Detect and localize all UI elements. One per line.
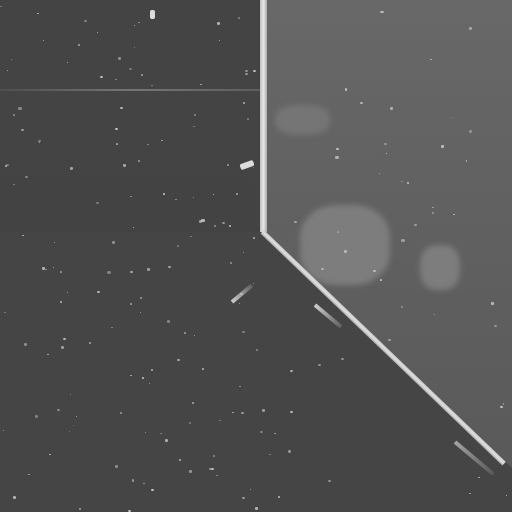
whitecap-speck <box>262 409 265 411</box>
whitecap-speck <box>53 267 54 268</box>
whitecap-speck <box>469 27 472 29</box>
whitecap-speck <box>341 358 344 360</box>
shoal-area <box>420 245 460 290</box>
whitecap-speck <box>239 386 241 387</box>
whitecap-speck <box>13 496 16 498</box>
whitecap-speck <box>491 302 494 304</box>
whitecap-speck <box>345 88 348 90</box>
shoal-area <box>275 105 330 135</box>
whitecap-speck <box>194 114 196 116</box>
whitecap-speck <box>469 130 472 132</box>
whitecap-speck <box>84 20 87 22</box>
whitecap-speck <box>96 202 99 204</box>
whitecap-speck <box>229 225 231 226</box>
whitecap-speck <box>386 153 388 154</box>
whitecap-speck <box>407 182 409 184</box>
whitecap-speck <box>189 422 191 424</box>
whitecap-speck <box>243 252 244 253</box>
whitecap-speck <box>384 143 386 145</box>
whitecap-speck <box>189 470 192 473</box>
whitecap-speck <box>336 148 339 150</box>
whitecap-speck <box>242 331 244 333</box>
whitecap-speck <box>238 17 241 19</box>
whitecap-speck <box>70 394 71 395</box>
whitecap-speck <box>253 70 256 72</box>
whitecap-speck <box>179 459 181 461</box>
whitecap-speck <box>414 224 417 226</box>
whitecap-speck <box>79 508 81 510</box>
whitecap-speck <box>107 271 110 274</box>
whitecap-speck <box>147 268 150 270</box>
whitecap-speck <box>245 73 247 75</box>
boat <box>150 10 155 19</box>
whitecap-speck <box>222 222 224 224</box>
whitecap-speck <box>260 431 263 433</box>
whitecap-speck <box>214 225 216 227</box>
whitecap-speck <box>335 156 338 159</box>
whitecap-speck <box>294 221 297 224</box>
whitecap-speck <box>379 173 380 174</box>
whitecap-speck <box>61 346 64 348</box>
whitecap-speck <box>141 74 143 76</box>
seawall-vertical-segment <box>260 0 267 232</box>
whitecap-speck <box>390 107 393 110</box>
whitecap-speck <box>24 343 27 346</box>
whitecap-speck <box>151 369 153 371</box>
whitecap-speck <box>130 271 133 273</box>
whitecap-speck <box>213 194 214 195</box>
whitecap-speck <box>120 412 122 414</box>
whitecap-speck <box>18 107 21 110</box>
whitecap-speck <box>219 420 220 421</box>
whitecap-speck <box>344 250 347 253</box>
whitecap-speck <box>193 197 194 198</box>
whitecap-speck <box>380 11 383 14</box>
whitecap-speck <box>184 332 186 334</box>
whitecap-speck <box>388 339 391 341</box>
whitecap-speck <box>115 465 118 467</box>
whitecap-speck <box>57 409 60 412</box>
whitecap-speck <box>401 239 404 242</box>
whitecap-speck <box>60 271 62 273</box>
whitecap-speck <box>380 279 382 281</box>
whitecap-speck <box>441 145 444 147</box>
whitecap-speck <box>133 227 134 228</box>
whitecap-speck <box>230 262 233 264</box>
whitecap-speck <box>0 6 1 7</box>
whitecap-speck <box>129 68 132 70</box>
whitecap-speck <box>177 245 179 247</box>
whitecap-speck <box>219 40 220 41</box>
whitecap-speck <box>167 320 170 323</box>
whitecap-speck <box>3 430 4 431</box>
whitecap-speck <box>89 342 91 344</box>
whitecap-speck <box>118 57 121 59</box>
whitecap-speck <box>288 450 291 453</box>
shoal-area <box>300 205 390 285</box>
whitecap-speck <box>143 483 144 484</box>
whitecap-speck <box>22 235 24 236</box>
faint-horizontal-line <box>0 89 262 91</box>
whitecap-speck <box>123 164 126 167</box>
whitecap-speck <box>328 480 331 482</box>
whitecap-speck <box>49 454 51 456</box>
whitecap-speck <box>78 44 80 46</box>
whitecap-speck <box>163 193 165 195</box>
whitecap-speck <box>7 70 8 71</box>
whitecap-speck <box>253 237 255 239</box>
whitecap-speck <box>142 377 144 379</box>
whitecap-speck <box>138 160 140 162</box>
whitecap-speck <box>115 79 116 80</box>
whitecap-speck <box>243 102 245 104</box>
aerial-photo <box>0 0 512 512</box>
whitecap-speck <box>202 368 204 370</box>
whitecap-speck <box>193 126 195 127</box>
whitecap-speck <box>112 241 115 244</box>
whitecap-speck <box>115 128 117 130</box>
whitecap-speck <box>255 507 258 510</box>
whitecap-speck <box>151 489 154 491</box>
whitecap-speck <box>201 219 204 222</box>
